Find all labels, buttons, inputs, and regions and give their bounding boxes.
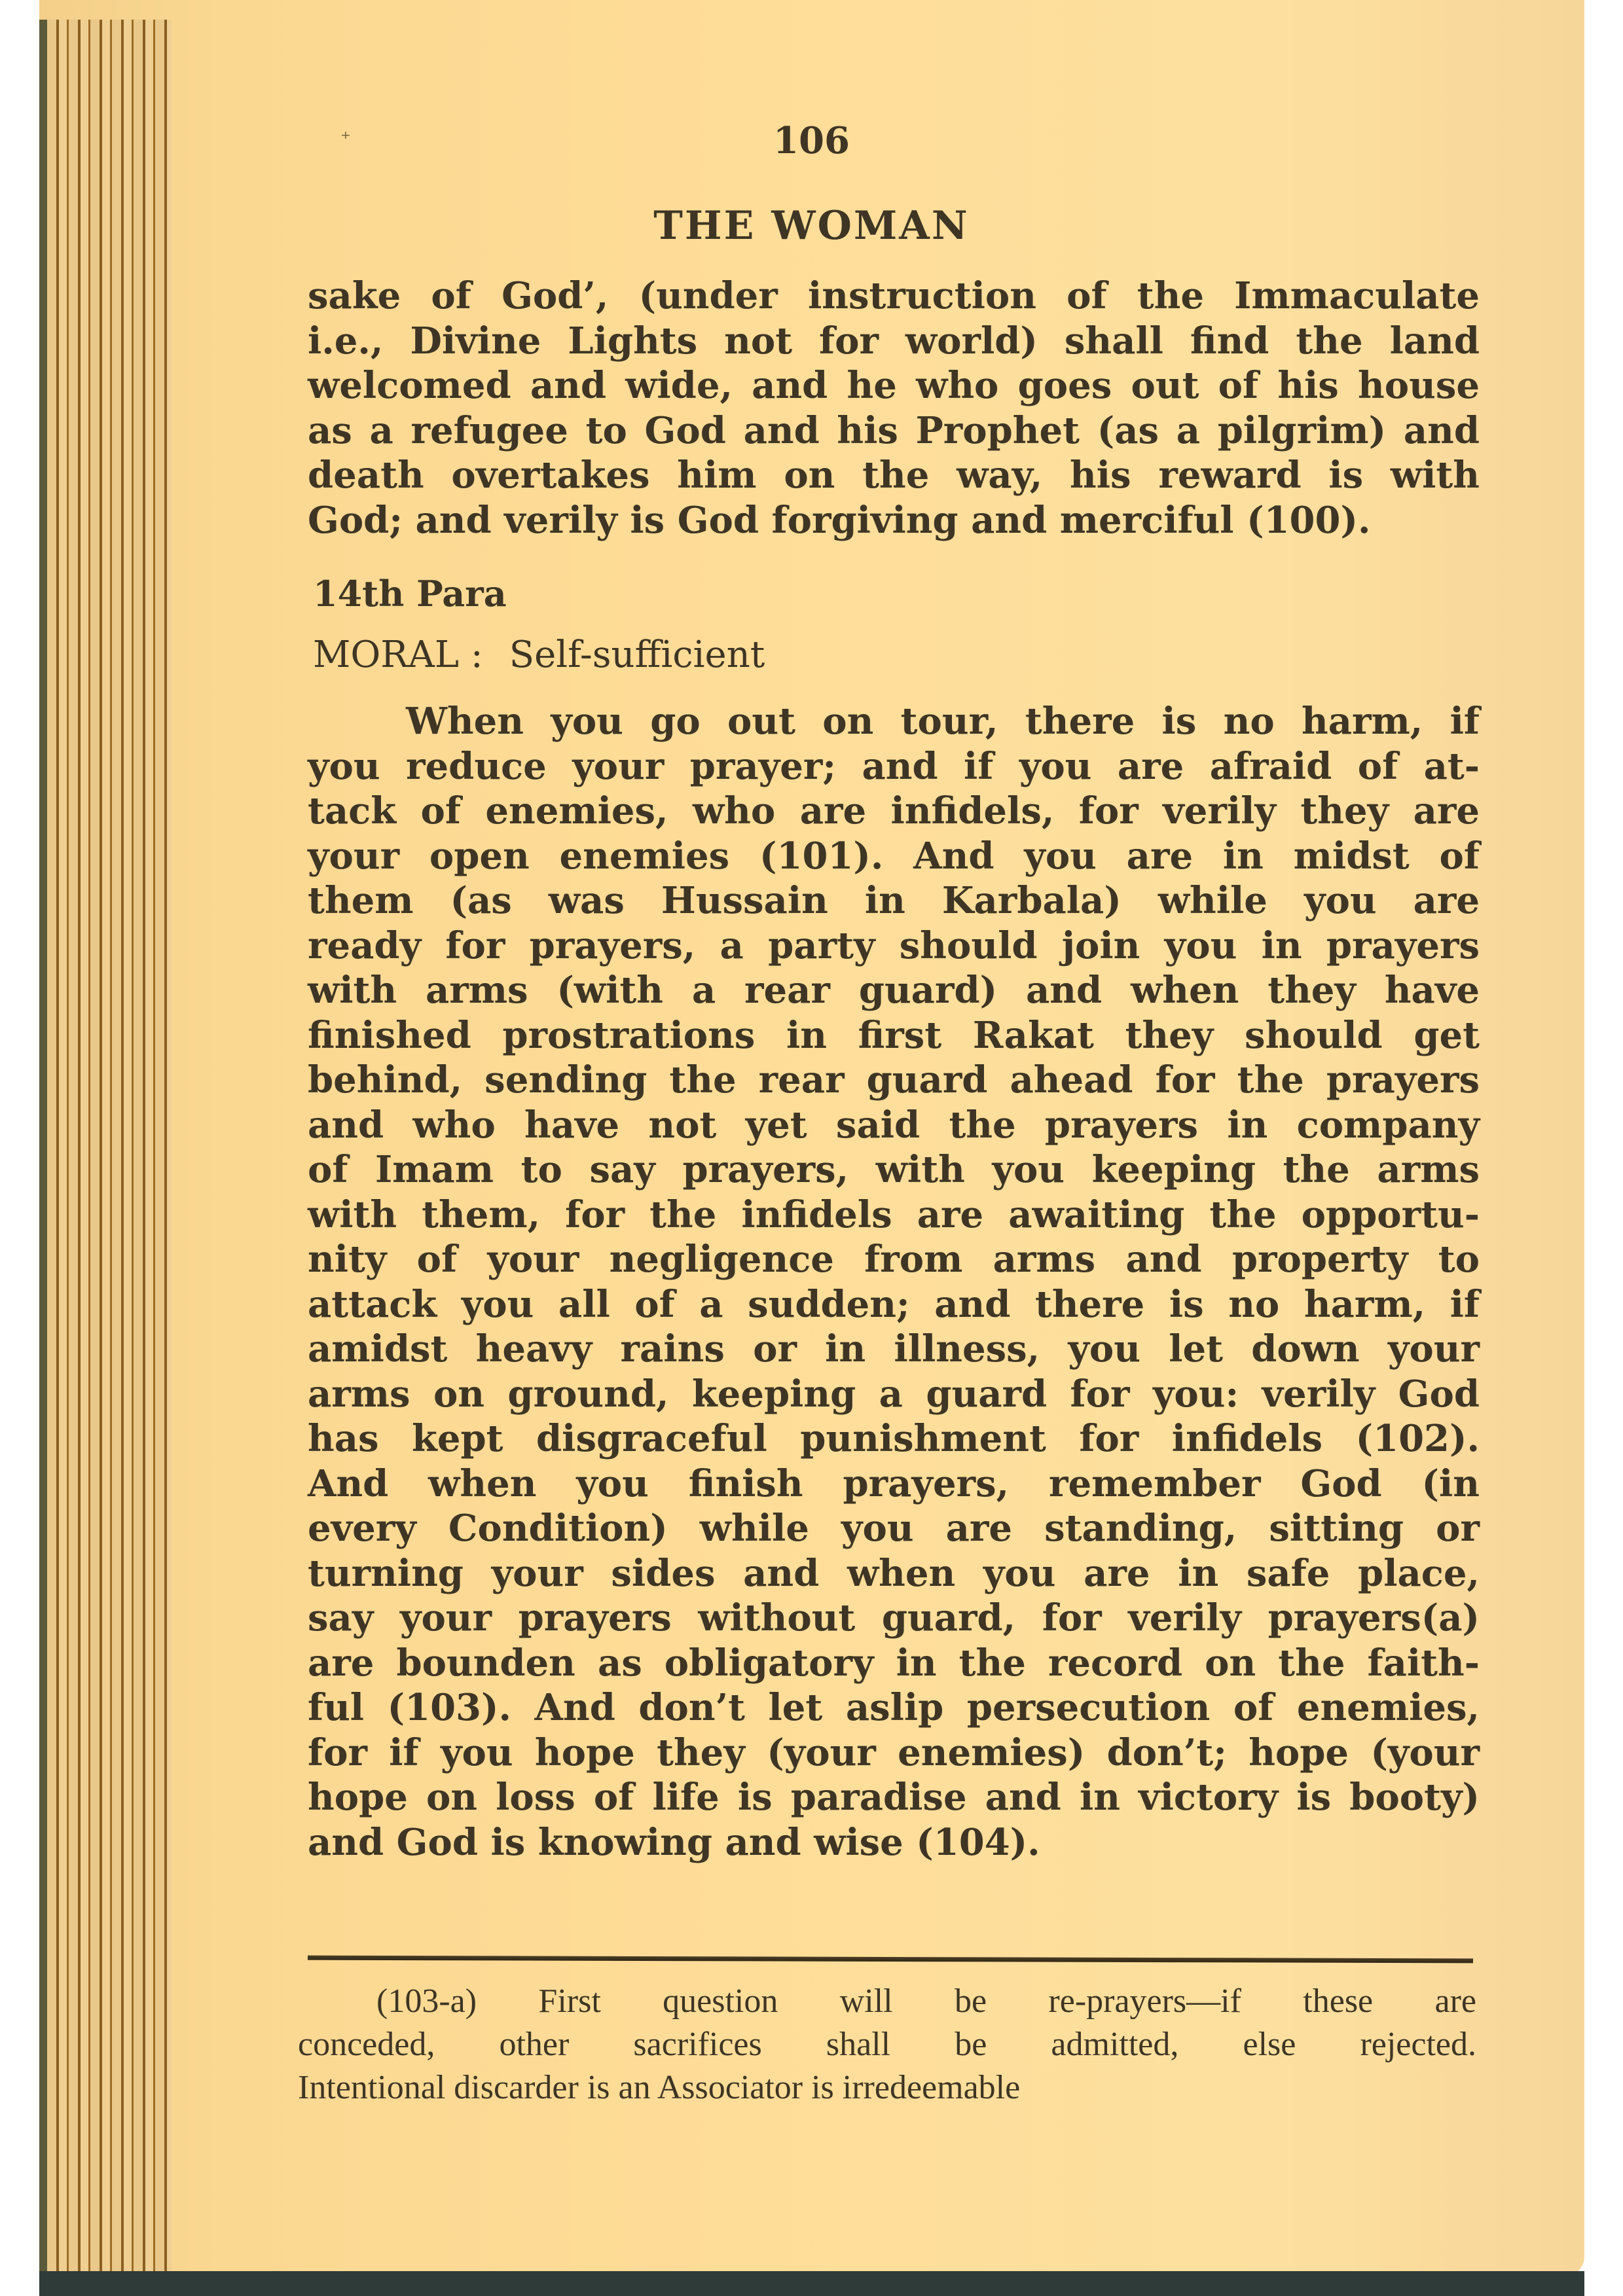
page-number: 106 <box>0 119 1623 162</box>
running-title: THE WOMAN <box>0 203 1623 249</box>
footnote-line: (103-a) First question will be re-prayer… <box>298 1980 1476 2023</box>
text-line: ful (103). And don’t let aslip persecuti… <box>308 1685 1480 1731</box>
text-line: turning your sides and when you are in s… <box>308 1551 1480 1596</box>
footnote-line: Intentional discarder is an Associator i… <box>298 2066 1476 2109</box>
text-line: has kept disgraceful punishment for infi… <box>308 1416 1480 1462</box>
text-line: hope on loss of life is paradise and in … <box>308 1775 1480 1820</box>
text-line: them (as was Hussain in Karbala) while y… <box>308 878 1480 924</box>
text-line: attack you all of a sudden; and there is… <box>308 1282 1480 1327</box>
text-line: for if you hope they (your enemies) don’… <box>308 1731 1480 1776</box>
text-line: sake of God’, (under instruction of the … <box>308 274 1480 319</box>
text-line: say your prayers without guard, for veri… <box>308 1596 1480 1641</box>
text-line: your open enemies (101). And you are in … <box>308 834 1480 879</box>
text-line: as a refugee to God and his Prophet (as … <box>308 408 1480 454</box>
text-line: finished prostrations in first Rakat the… <box>308 1013 1480 1058</box>
text-line: ready for prayers, a party should join y… <box>308 924 1480 969</box>
text-line: amidst heavy rains or in illness, you le… <box>308 1327 1480 1372</box>
text-line: God; and verily is God forgiving and mer… <box>308 498 1480 543</box>
text-line: every Condition) while you are standing,… <box>308 1506 1480 1551</box>
text-line: are bounden as obligatory in the record … <box>308 1641 1480 1686</box>
text-line: nity of your negligence from arms and pr… <box>308 1237 1480 1282</box>
scan-bottom-shadow <box>39 2271 1623 2296</box>
footnote-line: conceded, other sacrifices shall be admi… <box>298 2023 1476 2066</box>
para-heading: 14th Para <box>313 573 507 615</box>
text-line: and who have not yet said the prayers in… <box>308 1103 1480 1148</box>
text-line: And when you finish prayers, remember Go… <box>308 1462 1480 1507</box>
text-line: i.e., Divine Lights not for world) shall… <box>308 319 1480 364</box>
text-line: and God is knowing and wise (104). <box>308 1820 1480 1865</box>
text-line: death overtakes him on the way, his rewa… <box>308 453 1480 498</box>
text-line: with them, for the infidels are awaiting… <box>308 1193 1480 1238</box>
text-line: with arms (with a rear guard) and when t… <box>308 968 1480 1013</box>
footnote: (103-a) First question will be re-prayer… <box>298 1980 1476 2109</box>
moral-label: MORAL : <box>313 634 483 676</box>
moral-line: MORAL :Self-sufficient <box>313 634 765 676</box>
page-stack-edge <box>39 20 172 2278</box>
scan-right-margin <box>1584 0 1623 2296</box>
text-line: tack of enemies, who are infidels, for v… <box>308 789 1480 834</box>
main-paragraph: When you go out on tour, there is no har… <box>308 699 1480 1865</box>
text-line: welcomed and wide, and he who goes out o… <box>308 363 1480 408</box>
text-line: arms on ground, keeping a guard for you:… <box>308 1372 1480 1417</box>
text-line: behind, sending the rear guard ahead for… <box>308 1058 1480 1103</box>
text-line: you reduce your prayer; and if you are a… <box>308 744 1480 789</box>
text-line: of Imam to say prayers, with you keeping… <box>308 1147 1480 1193</box>
text-line: When you go out on tour, there is no har… <box>308 699 1480 744</box>
opening-paragraph: sake of God’, (under instruction of the … <box>308 274 1480 543</box>
moral-value: Self-sufficient <box>509 634 765 676</box>
